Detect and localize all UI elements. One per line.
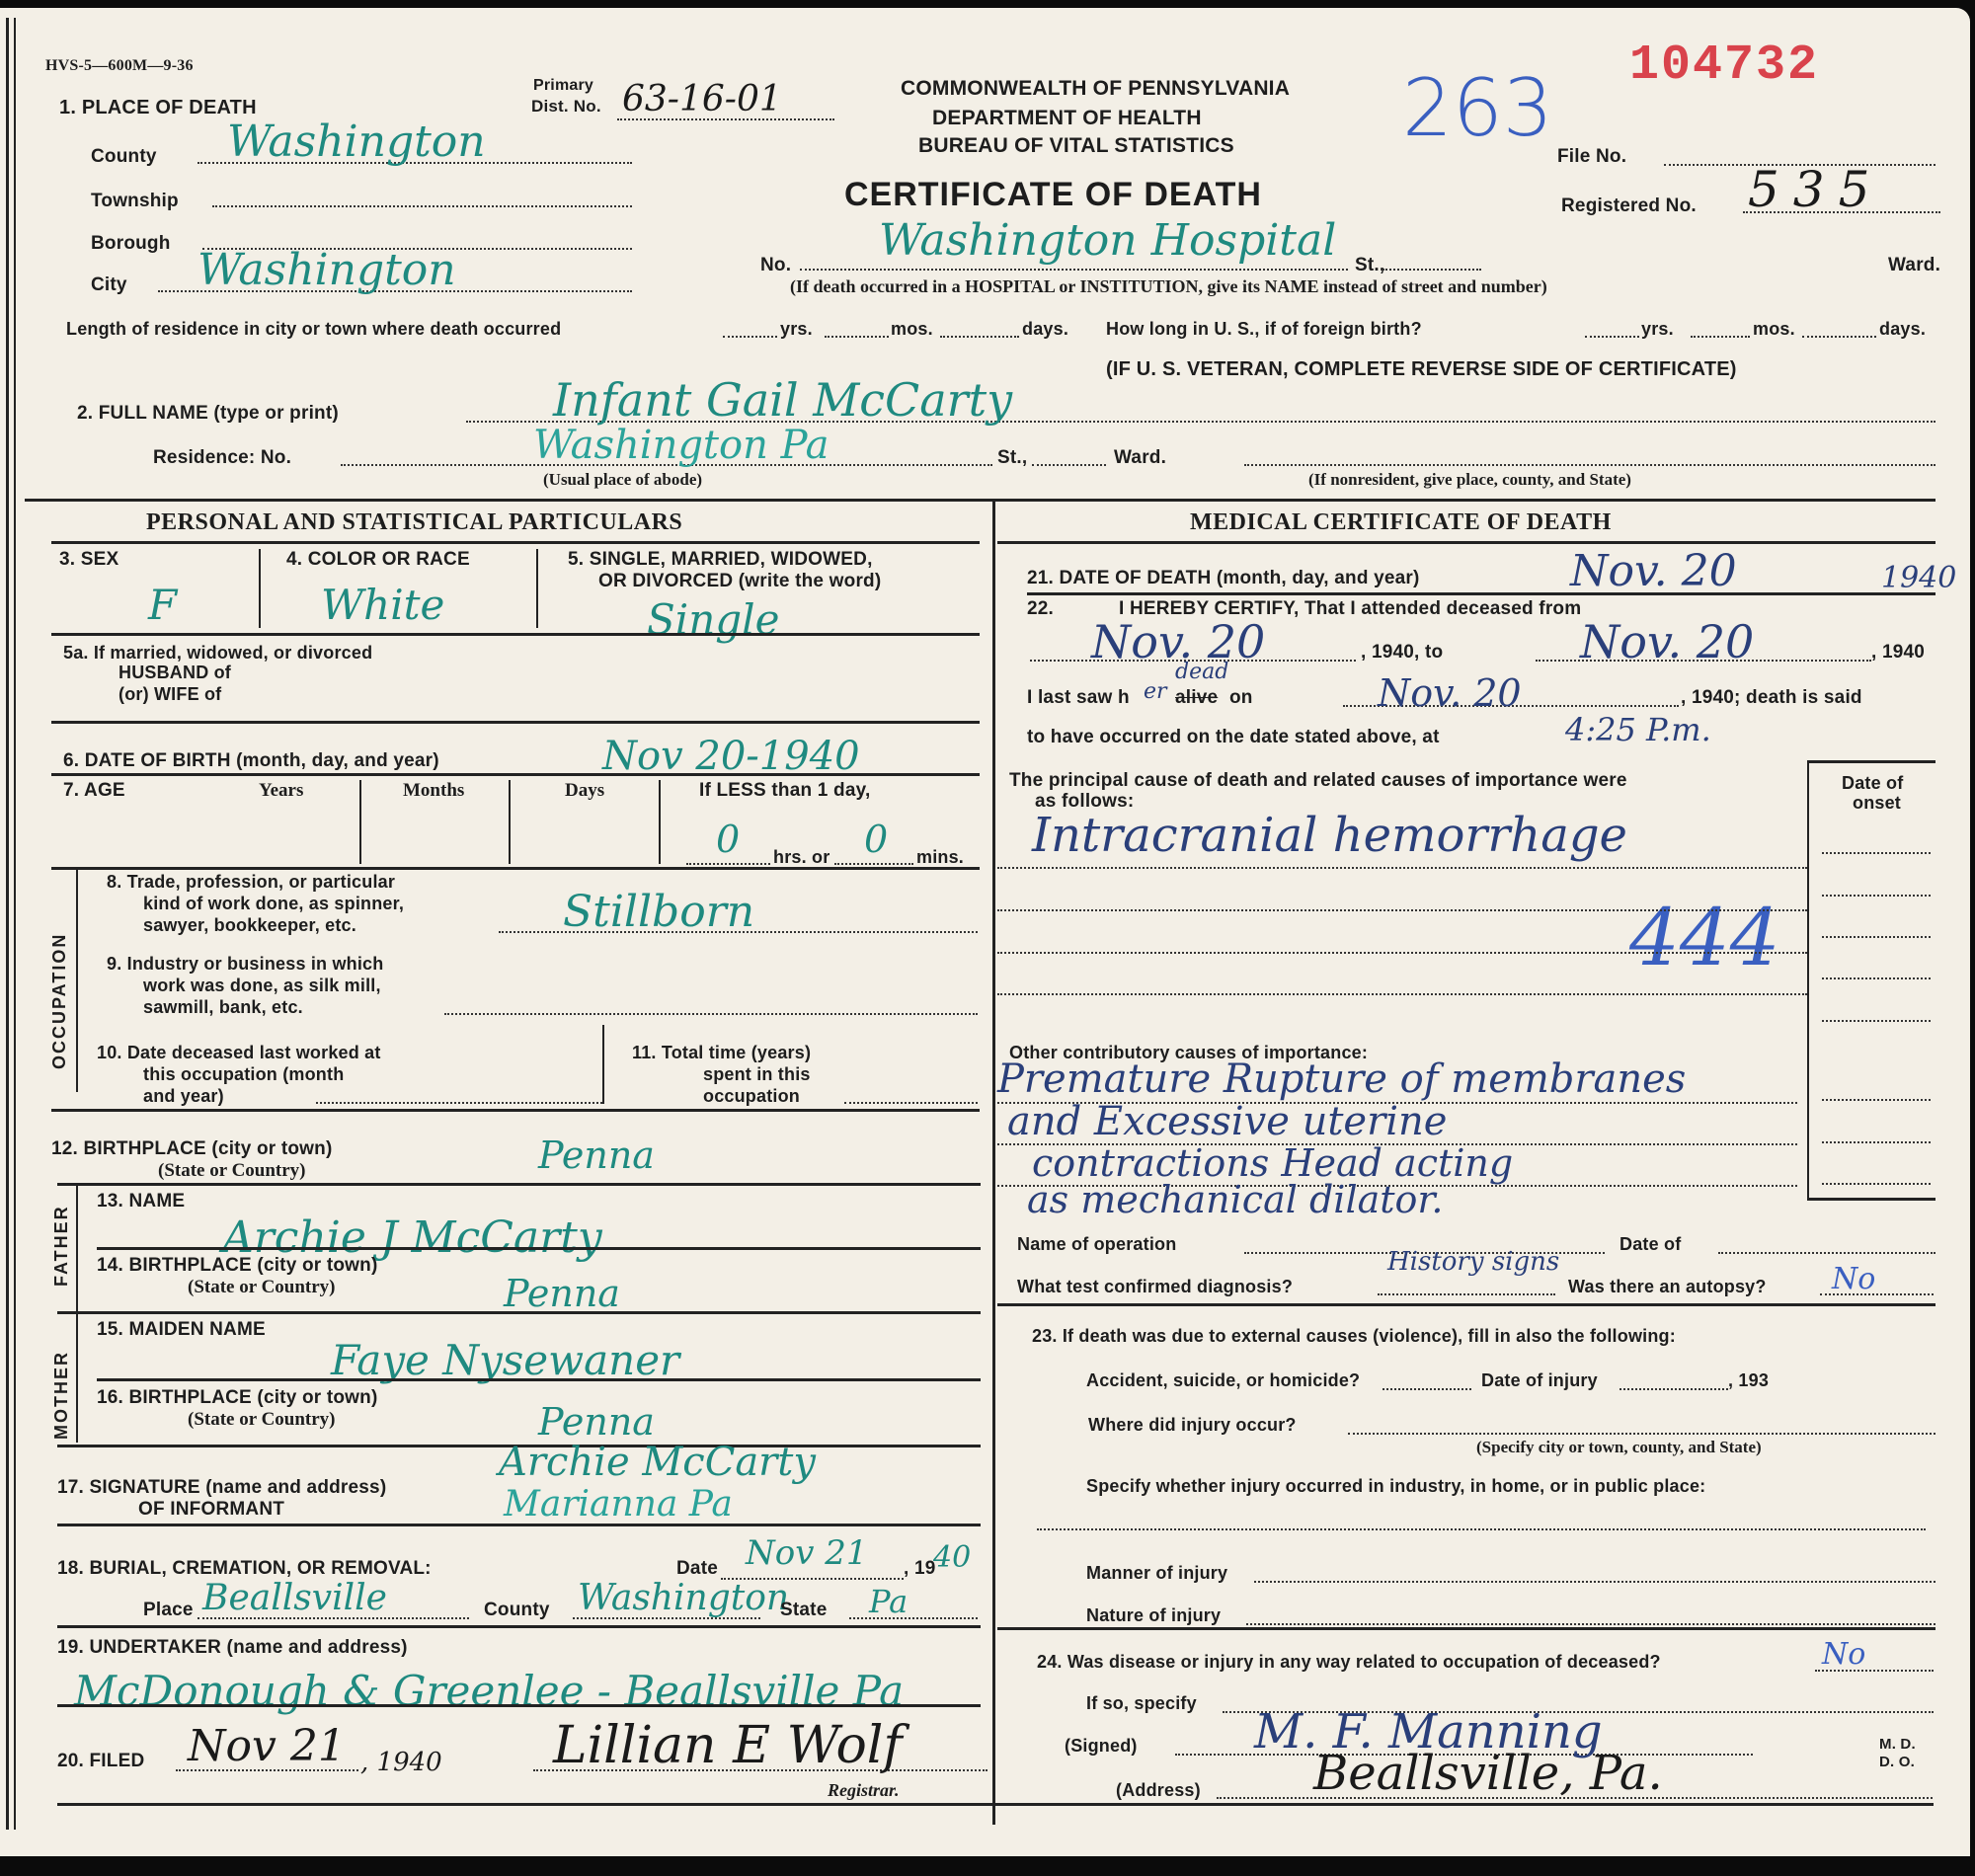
- sex-label: 3. SEX: [59, 549, 118, 571]
- handwritten-index: 263: [1402, 62, 1553, 154]
- years-label: Years: [259, 780, 303, 802]
- test-value[interactable]: History signs: [1387, 1247, 1559, 1277]
- age-label: 7. AGE: [63, 780, 125, 802]
- injury-date-field[interactable]: [1619, 1388, 1728, 1390]
- minutes-value[interactable]: 0: [864, 818, 888, 861]
- township-label: Township: [91, 191, 179, 212]
- borough-label: Borough: [91, 233, 171, 255]
- veteran-note: (IF U. S. VETERAN, COMPLETE REVERSE SIDE…: [1106, 358, 1737, 381]
- foreign-birth-label: How long in U. S., if of foreign birth?: [1106, 319, 1422, 340]
- file-no-label: File No.: [1557, 146, 1626, 168]
- county-value[interactable]: Washington: [227, 117, 486, 167]
- spouse-label-1: 5a. If married, widowed, or divorced: [63, 643, 372, 664]
- spouse-label-2: HUSBAND of: [118, 663, 231, 683]
- attended-to[interactable]: Nov. 20: [1580, 615, 1754, 668]
- dod-value[interactable]: Nov. 20: [1570, 546, 1737, 596]
- usual-abode-note: (Usual place of abode): [543, 470, 702, 490]
- manner-field[interactable]: [1254, 1581, 1935, 1583]
- hospital-note: (If death occurred in a HOSPITAL or INST…: [790, 276, 1547, 297]
- marital-value[interactable]: Single: [647, 595, 779, 644]
- full-name-value[interactable]: Infant Gail McCarty: [553, 373, 1012, 427]
- column-divider: [992, 502, 995, 1825]
- personal-heading: PERSONAL AND STATISTICAL PARTICULARS: [146, 509, 682, 536]
- occurred-time[interactable]: 4:25 P.m.: [1565, 711, 1711, 748]
- last-worked-field[interactable]: [316, 1102, 602, 1104]
- last-saw-date[interactable]: Nov. 20: [1378, 671, 1522, 715]
- primary-label: Primary: [533, 77, 593, 95]
- sex-value[interactable]: F: [148, 581, 177, 629]
- ward-label: Ward.: [1888, 255, 1940, 276]
- industry-field[interactable]: [444, 1013, 978, 1015]
- where-field[interactable]: [1348, 1433, 1935, 1435]
- less-than-day-label: If LESS than 1 day,: [699, 780, 870, 802]
- registered-no-value[interactable]: 535: [1748, 161, 1883, 218]
- full-name-label: 2. FULL NAME (type or print): [77, 403, 339, 425]
- residence-label: Residence: No.: [153, 447, 291, 469]
- months-label: Months: [403, 780, 464, 802]
- dist-no-label: Dist. No.: [531, 97, 601, 117]
- registrar-signature[interactable]: Lillian E Wolf: [553, 1716, 903, 1775]
- onset-label-1: Date of: [1842, 773, 1903, 794]
- registrar-label: Registrar.: [828, 1780, 900, 1801]
- township-field[interactable]: [212, 205, 632, 207]
- father-birthplace-value[interactable]: Penna: [504, 1272, 620, 1315]
- occupation-related-value[interactable]: No: [1822, 1637, 1865, 1672]
- stamp-number: 104732: [1629, 38, 1819, 94]
- hours-value[interactable]: 0: [716, 818, 740, 861]
- burial-place-value[interactable]: Beallsville: [202, 1578, 387, 1618]
- specify-field[interactable]: [1037, 1528, 1926, 1530]
- residence-value[interactable]: Washington Pa: [533, 423, 829, 468]
- principal-cause[interactable]: Intracranial hemorrhage: [1032, 808, 1627, 863]
- undertaker-value[interactable]: McDonough & Greenlee - Beallsville Pa: [74, 1667, 904, 1715]
- mother-name-value[interactable]: Faye Nysewaner: [331, 1336, 679, 1384]
- city-label: City: [91, 274, 127, 296]
- dod-label: 21. DATE OF DEATH (month, day, and year): [1027, 568, 1420, 589]
- burial-state-value[interactable]: Pa: [869, 1583, 908, 1620]
- other-cause-line-1[interactable]: Premature Rupture of membranes: [997, 1056, 1686, 1102]
- primary-dist-value[interactable]: 63-16-01: [622, 79, 782, 119]
- cause-code: 444: [1629, 892, 1780, 983]
- father-side-label: FATHER: [51, 1205, 72, 1287]
- race-label: 4. COLOR OR RACE: [286, 549, 470, 571]
- burial-date-value[interactable]: Nov 21: [746, 1533, 868, 1573]
- informant-address[interactable]: Marianna Pa: [504, 1484, 733, 1524]
- certificate-paper: HVS-5—600M—9-36 1. PLACE OF DEATH Primar…: [0, 8, 1970, 1856]
- agency-line1: COMMONWEALTH OF PENNSYLVANIA: [901, 77, 1290, 101]
- marital-label-1: 5. SINGLE, MARRIED, WIDOWED,: [568, 549, 873, 571]
- hospital-value[interactable]: Washington Hospital: [879, 215, 1336, 266]
- mother-side-label: MOTHER: [51, 1351, 72, 1440]
- nature-field[interactable]: [1246, 1623, 1935, 1625]
- do-label: D. O.: [1879, 1754, 1915, 1770]
- inserted-dead: dead: [1175, 660, 1228, 684]
- trade-value[interactable]: Stillborn: [563, 887, 754, 937]
- birthplace-value[interactable]: Penna: [538, 1133, 655, 1177]
- nonresident-note: (If nonresident, give place, county, and…: [1308, 470, 1631, 490]
- left-border-inner: [14, 18, 16, 1830]
- other-cause-line-4[interactable]: as mechanical dilator.: [1027, 1178, 1443, 1221]
- city-value[interactable]: Washington: [197, 245, 456, 295]
- other-cause-line-2[interactable]: and Excessive uterine: [1007, 1099, 1447, 1144]
- burial-year-value[interactable]: 40: [933, 1540, 971, 1575]
- st-label: St.,: [1355, 255, 1384, 276]
- dob-label: 6. DATE OF BIRTH (month, day, and year): [63, 750, 439, 772]
- days-label: Days: [565, 780, 604, 802]
- medical-heading: MEDICAL CERTIFICATE OF DEATH: [1190, 509, 1612, 536]
- struck-alive: alive: [1175, 687, 1218, 709]
- accident-field[interactable]: [1382, 1388, 1471, 1390]
- filed-date-value[interactable]: Nov 21: [188, 1721, 346, 1771]
- total-time-field[interactable]: [844, 1102, 978, 1104]
- dod-year[interactable]: 1940: [1881, 561, 1956, 595]
- certificate-title: CERTIFICATE OF DEATH: [844, 176, 1262, 214]
- race-value[interactable]: White: [321, 581, 444, 629]
- operation-date-field[interactable]: [1718, 1252, 1935, 1254]
- left-border-outer: [6, 18, 9, 1830]
- md-label: M. D.: [1879, 1736, 1916, 1753]
- onset-label-2: onset: [1853, 793, 1901, 814]
- form-code: HVS-5—600M—9-36: [45, 57, 194, 75]
- marital-label-2: OR DIVORCED (write the word): [598, 571, 881, 592]
- no-label: No.: [760, 255, 791, 276]
- informant-name[interactable]: Archie McCarty: [499, 1440, 816, 1485]
- agency-line2: DEPARTMENT OF HEALTH: [932, 107, 1202, 130]
- occupation-side-label: OCCUPATION: [49, 933, 70, 1069]
- agency-line3: BUREAU OF VITAL STATISTICS: [918, 134, 1234, 158]
- spouse-label-3: (or) WIFE of: [118, 684, 221, 705]
- residence-length-label: Length of residence in city or town wher…: [66, 319, 561, 340]
- filed-year: , 1940: [360, 1748, 442, 1777]
- mother-birthplace-value[interactable]: Penna: [538, 1400, 655, 1444]
- autopsy-value[interactable]: No: [1832, 1262, 1875, 1296]
- registered-no-label: Registered No.: [1561, 195, 1697, 217]
- physician-address[interactable]: Beallsville, Pa.: [1313, 1746, 1663, 1801]
- burial-county-value[interactable]: Washington: [578, 1578, 789, 1618]
- county-label: County: [91, 146, 157, 168]
